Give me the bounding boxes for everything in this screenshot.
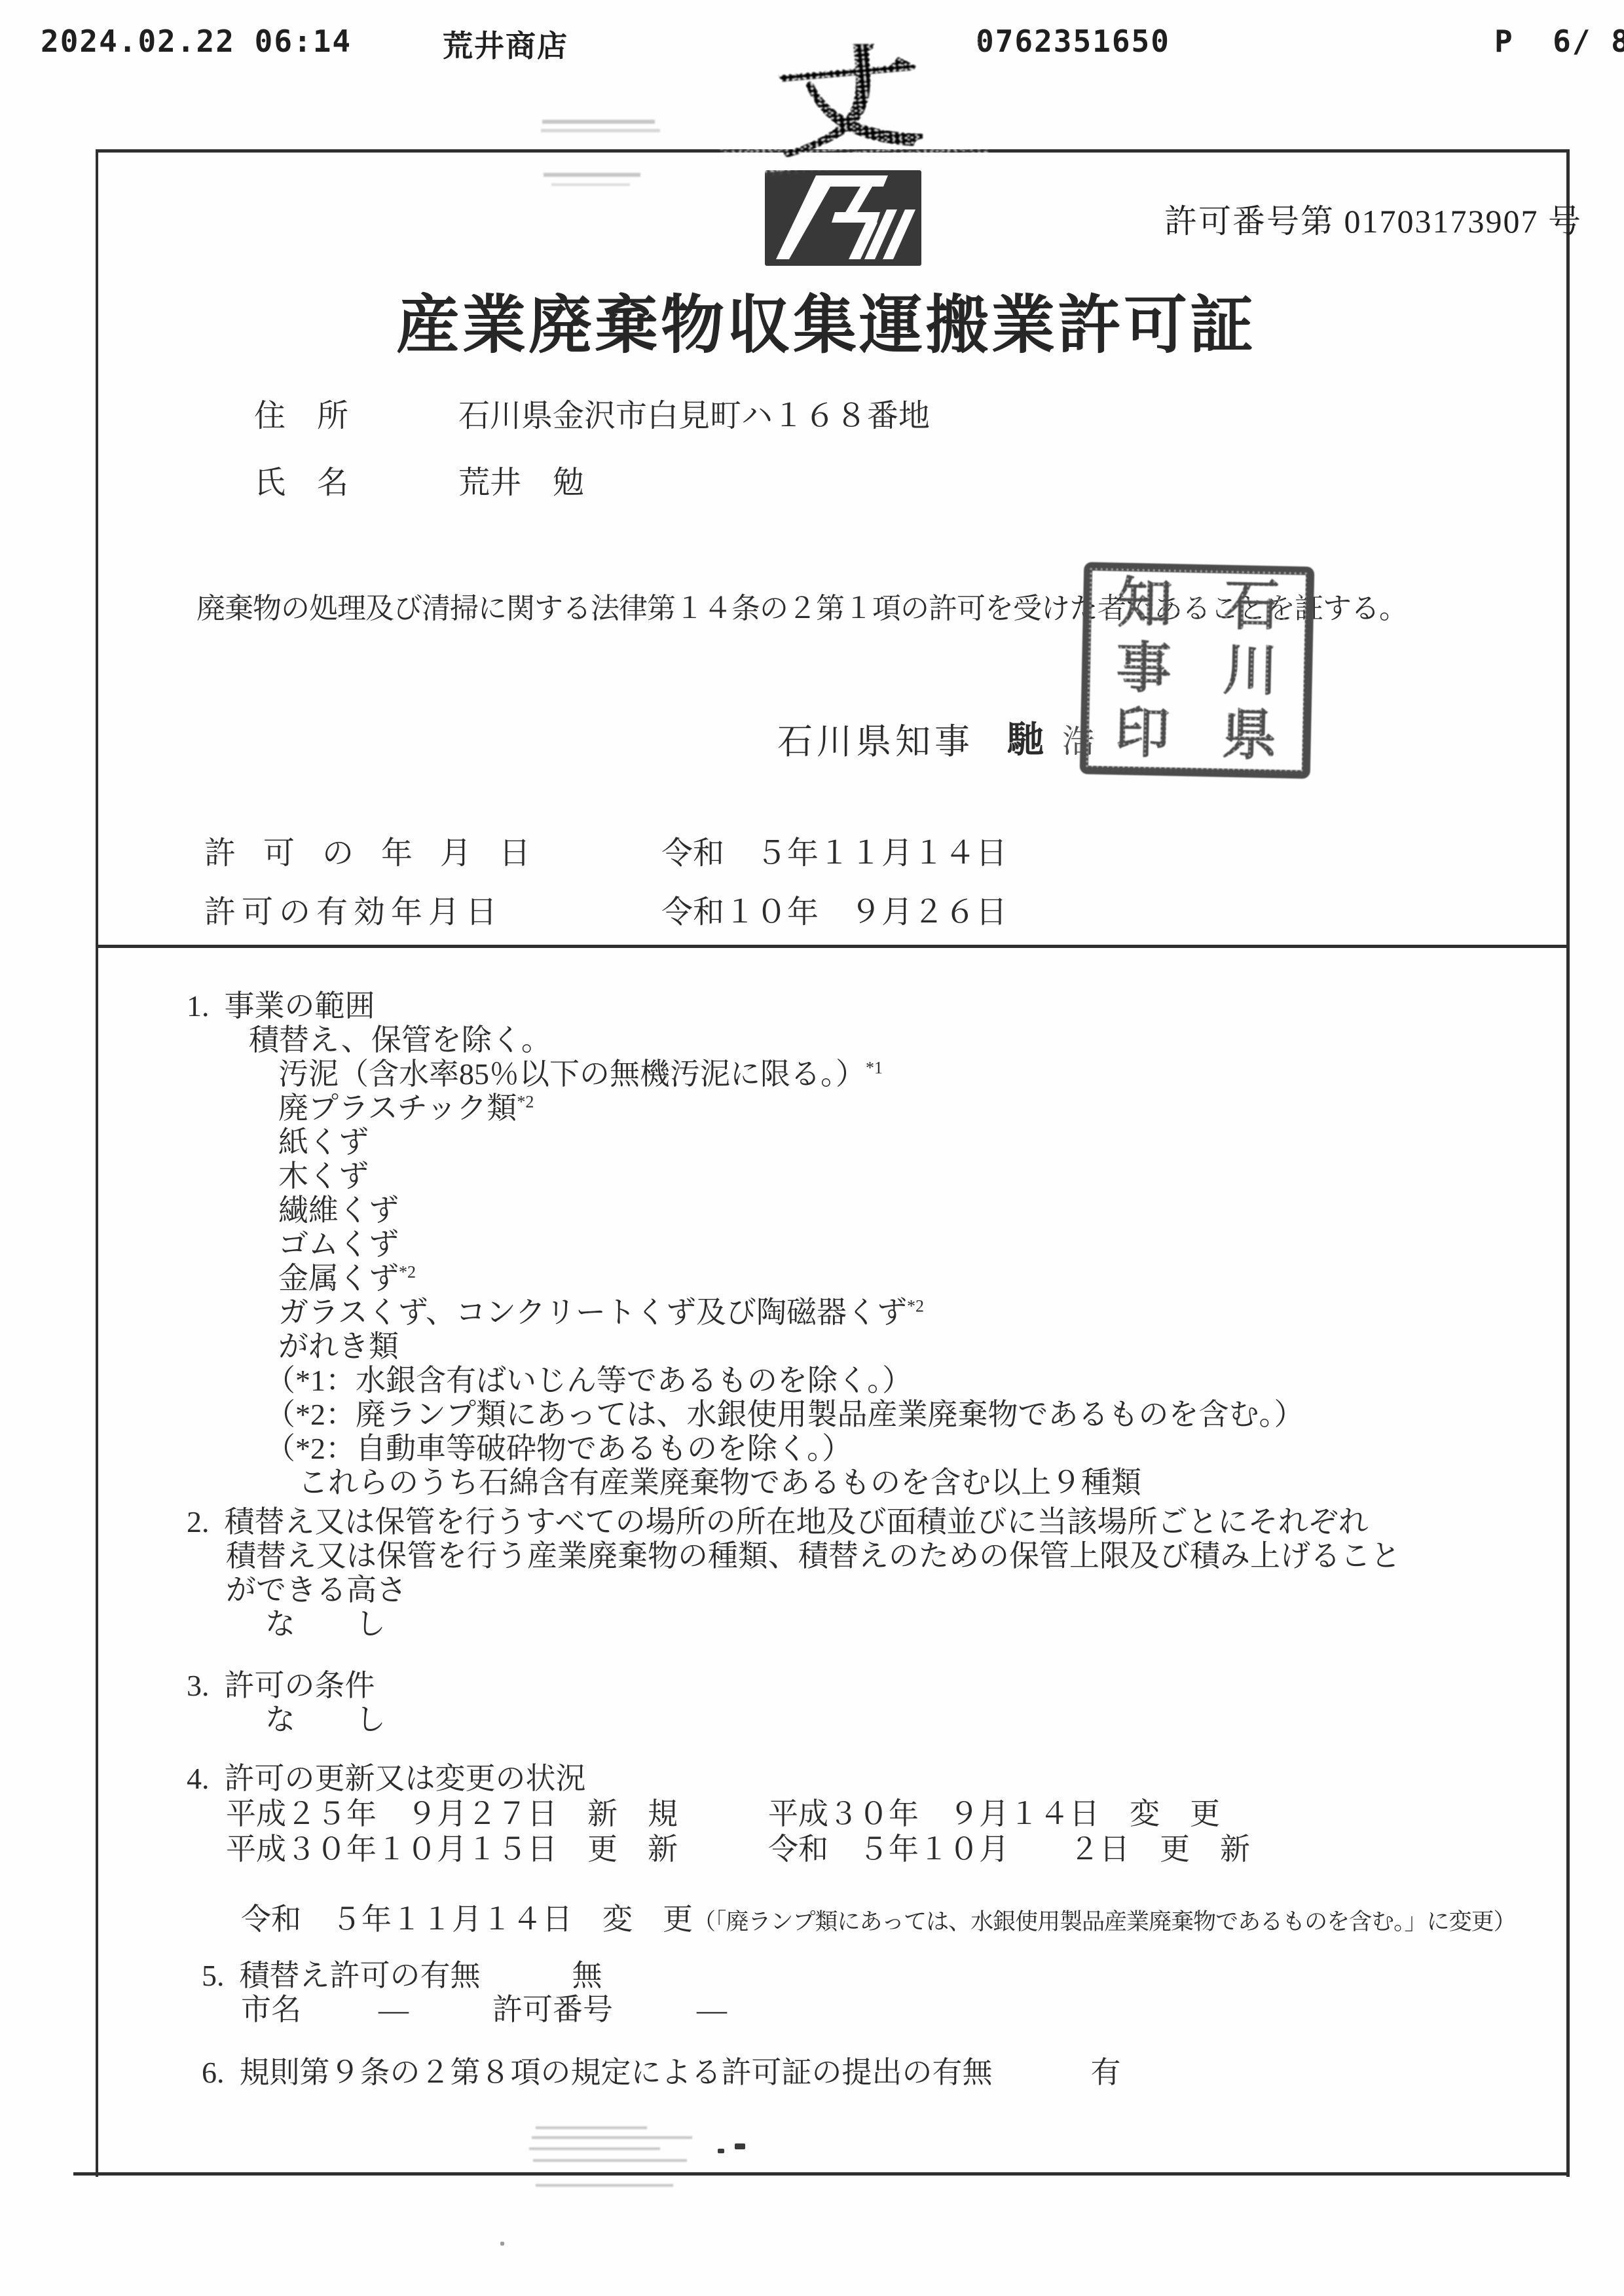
footnote-marker: *2	[399, 1263, 416, 1282]
footnote-marker: *2	[907, 1297, 924, 1316]
scan-smudge	[529, 2147, 660, 2150]
issuer-title: 石川県知事	[777, 714, 974, 764]
scan-speck	[735, 2143, 745, 2149]
fax-sender-name: 荒井商店	[443, 22, 568, 65]
address-value: 石川県金沢市白見町ハ１６８番地	[458, 390, 930, 435]
scan-smudge	[536, 2126, 647, 2129]
issuer-name: 馳	[1007, 711, 1044, 763]
section2-value: な し	[265, 1600, 386, 1643]
seal-character: 石	[1224, 579, 1280, 635]
fax-datetime: 2024.02.22 06:14	[41, 24, 352, 59]
scan-smudge	[541, 129, 660, 132]
section-divider-line	[96, 945, 1567, 948]
seal-character: 印	[1115, 706, 1171, 763]
seal-character: 県	[1221, 708, 1278, 765]
scan-smudge	[533, 2159, 687, 2162]
scan-speck	[500, 2242, 504, 2246]
document-bottom-border	[73, 2172, 1567, 2176]
seal-character: 知	[1117, 576, 1173, 632]
scan-smudge	[536, 2184, 673, 2187]
section1-summary: これらのうち石綿含有産業廃棄物であるものを含む以上９種類	[298, 1459, 1141, 1502]
governor-official-seal: 知 事 印 石 川 県	[1080, 562, 1315, 778]
seal-character: 川	[1223, 644, 1279, 700]
fax-scan-page: { "fax": { "datetime": "2024.02.22 06:14…	[0, 0, 1624, 2296]
permit-number: 許可番号第 01703173907 号	[1164, 195, 1582, 242]
submission-status: 有	[993, 2056, 1121, 2089]
address-label: 住 所	[254, 390, 348, 435]
holder-name-value: 荒井 勉	[458, 457, 584, 502]
handwritten-ink-stamp: 丈	[718, 40, 982, 173]
scan-speck	[718, 2149, 724, 2153]
section3-value: な し	[265, 1696, 386, 1739]
issue-date-label: 許 可 の 年 月 日	[204, 828, 540, 873]
change-note: （「廃ランプ類にあっては、水銀使用製品産業廃棄物であるものを含む。」に変更）	[693, 1909, 1516, 1935]
footnote-marker: *2	[517, 1093, 534, 1112]
fax-page-counter: P 6/ 8	[1494, 24, 1624, 59]
issue-date-value: 令和 ５年１１月１４日	[661, 828, 1007, 873]
document-title: 産業廃棄物収集運搬業許可証	[396, 274, 1256, 365]
valid-date-value: 令和１０年 ９月２６日	[661, 886, 1007, 932]
footnote-marker: *1	[866, 1059, 883, 1078]
valid-date-label: 許可の有効年月日	[204, 886, 503, 932]
scan-smudge	[532, 2136, 692, 2139]
fax-phone-number: 0762351650	[976, 24, 1170, 59]
scan-smudge	[542, 120, 655, 124]
holder-name-label: 氏 名	[254, 457, 348, 502]
seal-character: 事	[1116, 641, 1172, 697]
section6-heading-row: 6. 規則第９条の２第８項の規定による許可証の提出の有無有	[187, 2014, 1121, 2092]
company-logo-glyph	[765, 170, 921, 266]
